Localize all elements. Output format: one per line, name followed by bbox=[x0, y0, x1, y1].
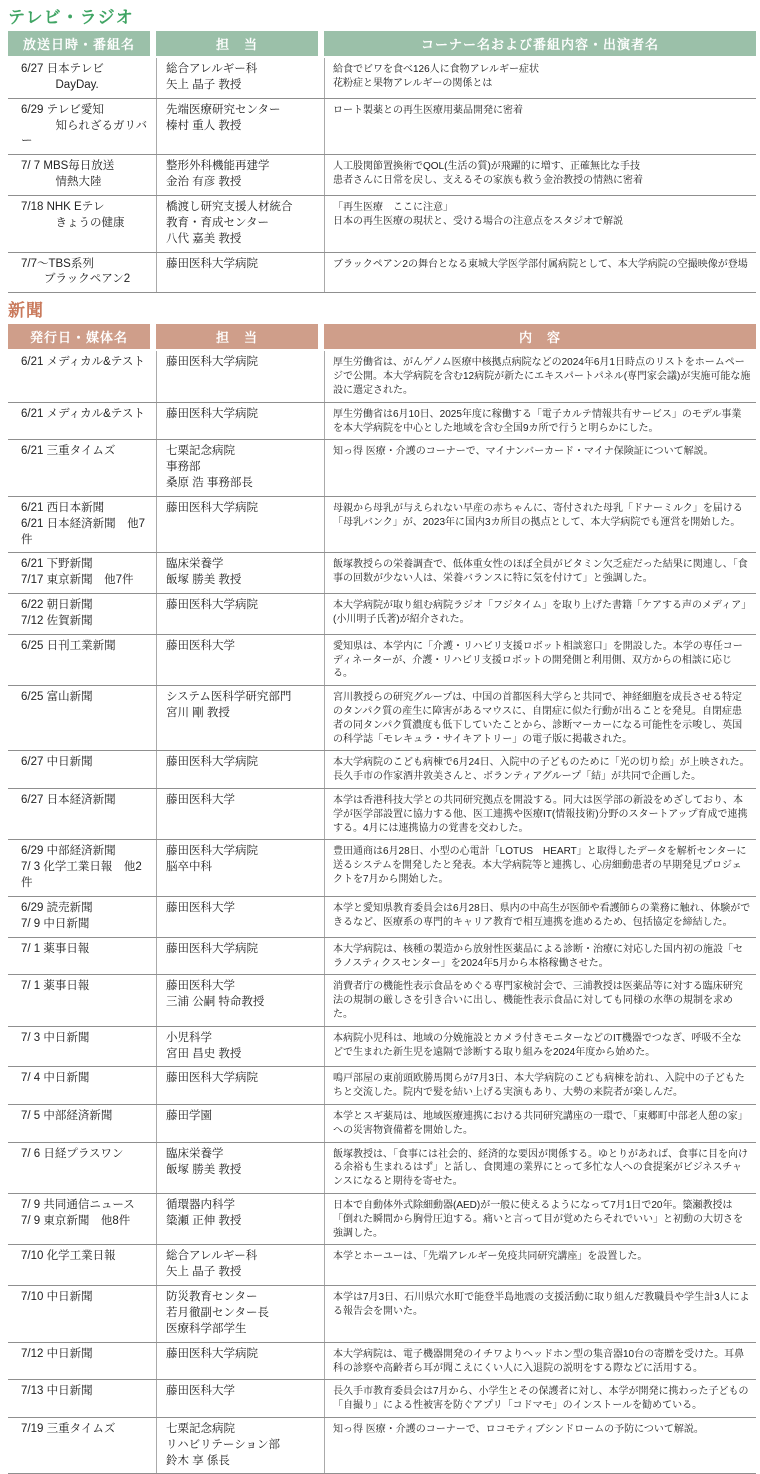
np-col-header-staff: 担 当 bbox=[156, 324, 318, 349]
media-cell: 6/21 メディカル&テスト bbox=[8, 403, 156, 440]
media-cell: 6/27 中日新聞 bbox=[8, 751, 156, 788]
media-cell: 6/29 中部経済新聞 7/ 3 化学工業日報 他2件 bbox=[8, 840, 156, 896]
staff-cell: 臨床栄養学 飯塚 勝美 教授 bbox=[156, 553, 324, 593]
table-row: 6/29 テレビ愛知 知られざるガリバー 先端医療研究センター 榛村 重人 教授… bbox=[8, 99, 756, 156]
media-cell: 6/21 下野新聞 7/17 東京新聞 他7件 bbox=[8, 553, 156, 593]
media-cell: 7/13 中日新聞 bbox=[8, 1380, 156, 1417]
media-cell: 7/ 1 薬事日報 bbox=[8, 938, 156, 975]
media-cell: 6/29 読売新聞 7/ 9 中日新聞 bbox=[8, 897, 156, 937]
content-cell: ロート製薬との再生医療用薬品開発に密着 bbox=[324, 99, 756, 155]
media-cell: 7/19 三重タイムズ bbox=[8, 1418, 156, 1474]
table-row: 7/ 7 MBS毎日放送 情熱大陸 整形外科機能再建学 金治 有彦 教授 人工股… bbox=[8, 155, 756, 196]
staff-cell: 七栗記念病院 リハビリテーション部 鈴木 享 係長 bbox=[156, 1418, 324, 1474]
media-cell: 7/ 9 共同通信ニュース 7/ 9 東京新聞 他8件 bbox=[8, 1194, 156, 1244]
table-row: 7/12 中日新聞 藤田医科大学病院 本大学病院は、電子機器開発のイチワよりヘッ… bbox=[8, 1343, 756, 1381]
media-cell: 7/18 NHK Eテレ きょうの健康 bbox=[8, 196, 156, 252]
media-cell: 7/10 中日新聞 bbox=[8, 1286, 156, 1342]
table-row: 7/ 5 中部経済新聞 藤田学園 本学とスギ薬局は、地域医療連携における共同研究… bbox=[8, 1105, 756, 1143]
content-cell: 日本で自動体外式除細動器(AED)が一般に使えるようになって7月1日で20年。簗… bbox=[324, 1194, 756, 1244]
content-cell: ブラックペアン2の舞台となる東城大学医学部付属病院として、本大学病院の空撮映像が… bbox=[324, 253, 756, 293]
table-row: 7/7〜TBS系列 ブラックペアン2 藤田医科大学病院 ブラックペアン2の舞台と… bbox=[8, 253, 756, 294]
table-row: 7/10 化学工業日報 総合アレルギー科 矢上 晶子 教授 本学とホーユーは、「… bbox=[8, 1245, 756, 1286]
staff-cell: 藤田医科大学病院 bbox=[156, 1067, 324, 1104]
table-row: 6/29 中部経済新聞 7/ 3 化学工業日報 他2件 藤田医科大学病院 脳卒中… bbox=[8, 840, 756, 897]
content-cell: 本学は7月3日、石川県穴水町で能登半島地震の支援活動に取り組んだ教職員や学生計3… bbox=[324, 1286, 756, 1342]
tv-col-header-broadcast: 放送日時・番組名 bbox=[8, 31, 150, 56]
table-row: 6/22 朝日新聞 7/12 佐賀新聞 藤田医科大学病院 本大学病院が取り組む病… bbox=[8, 594, 756, 635]
staff-cell: 藤田医科大学 bbox=[156, 897, 324, 937]
table-row: 7/18 NHK Eテレ きょうの健康 橋渡し研究支援人材統合 教育・育成センタ… bbox=[8, 196, 756, 253]
content-cell: 本学は香港科技大学との共同研究拠点を開設する。同大は医学部の新設をめざしており、… bbox=[324, 789, 756, 839]
staff-cell: 循環器内科学 簗瀬 正伸 教授 bbox=[156, 1194, 324, 1244]
staff-cell: 七栗記念病院 事務部 桑原 浩 事務部長 bbox=[156, 440, 324, 496]
staff-cell: 藤田医科大学病院 bbox=[156, 253, 324, 293]
table-row: 6/29 読売新聞 7/ 9 中日新聞 藤田医科大学 本学と愛知県教育委員会は6… bbox=[8, 897, 756, 938]
staff-cell: 防災教育センター 若月徹副センター長 医療科学部学生 bbox=[156, 1286, 324, 1342]
content-cell: 本病院小児科は、地域の分娩施設とカメラ付きモニターなどのIT機器でつなぎ、呼吸不… bbox=[324, 1027, 756, 1067]
newspaper-table: 6/21 メディカル&テスト 藤田医科大学病院 厚生労働省は、がんゲノム医療中核… bbox=[8, 351, 756, 1474]
media-cell: 7/10 化学工業日報 bbox=[8, 1245, 156, 1285]
content-cell: 本学とホーユーは、「先端アレルギー免疫共同研究講座」を設置した。 bbox=[324, 1245, 756, 1285]
staff-cell: 藤田医科大学 三浦 公嗣 特命教授 bbox=[156, 975, 324, 1025]
table-row: 6/21 下野新聞 7/17 東京新聞 他7件 臨床栄養学 飯塚 勝美 教授 飯… bbox=[8, 553, 756, 594]
media-cell: 6/25 富山新聞 bbox=[8, 686, 156, 750]
media-cell: 6/27 日本テレビ DayDay. bbox=[8, 58, 156, 98]
tv-col-header-staff: 担 当 bbox=[156, 31, 318, 56]
content-cell: 宮川教授らの研究グループは、中国の首都医科大学らと共同で、神経細胞を成長させる特… bbox=[324, 686, 756, 750]
table-row: 7/ 6 日経プラスワン 臨床栄養学 飯塚 勝美 教授 飯塚教授は、「食事には社… bbox=[8, 1143, 756, 1194]
staff-cell: 総合アレルギー科 矢上 晶子 教授 bbox=[156, 58, 324, 98]
content-cell: 知っ得 医療・介護のコーナーで、ロコモティブシンドロームの予防について解説。 bbox=[324, 1418, 756, 1474]
staff-cell: 藤田医科大学病院 bbox=[156, 594, 324, 634]
media-cell: 6/21 西日本新聞 6/21 日本経済新聞 他7件 bbox=[8, 497, 156, 553]
content-cell: 飯塚教授は、「食事には社会的、経済的な要因が関係する。ゆとりがあれば、食事に目を… bbox=[324, 1143, 756, 1193]
staff-cell: 藤田医科大学病院 bbox=[156, 403, 324, 440]
table-row: 7/ 4 中日新聞 藤田医科大学病院 鳴戸部屋の東前頭欧勝馬関らが7月3日、本大… bbox=[8, 1067, 756, 1105]
staff-cell: 藤田医科大学病院 bbox=[156, 1343, 324, 1380]
content-cell: 鳴戸部屋の東前頭欧勝馬関らが7月3日、本大学病院のこども病棟を訪れ、入院中の子ど… bbox=[324, 1067, 756, 1104]
staff-cell: 臨床栄養学 飯塚 勝美 教授 bbox=[156, 1143, 324, 1193]
content-cell: 愛知県は、本学内に「介護・リハビリ支援ロボット相談窓口」を開設した。本学の専任コ… bbox=[324, 635, 756, 685]
content-cell: 消費者庁の機能性表示食品をめぐる専門家検討会で、三浦教授は医薬品等に対する臨床研… bbox=[324, 975, 756, 1025]
table-row: 6/21 三重タイムズ 七栗記念病院 事務部 桑原 浩 事務部長 知っ得 医療・… bbox=[8, 440, 756, 497]
media-cell: 7/ 6 日経プラスワン bbox=[8, 1143, 156, 1193]
staff-cell: 藤田医科大学 bbox=[156, 1380, 324, 1417]
content-cell: 長久手市教育委員会は7月から、小学生とその保護者に対し、本学が開発に携わった子ど… bbox=[324, 1380, 756, 1417]
staff-cell: 藤田医科大学病院 脳卒中科 bbox=[156, 840, 324, 896]
media-cell: 7/ 3 中日新聞 bbox=[8, 1027, 156, 1067]
media-cell: 7/ 1 薬事日報 bbox=[8, 975, 156, 1025]
media-cell: 6/29 テレビ愛知 知られざるガリバー bbox=[8, 99, 156, 155]
content-cell: 本学と愛知県教育委員会は6月28日、県内の中高生が医師や看護師らの業務に触れ、体… bbox=[324, 897, 756, 937]
staff-cell: 藤田医科大学病院 bbox=[156, 751, 324, 788]
staff-cell: 藤田医科大学病院 bbox=[156, 351, 324, 401]
media-cell: 6/25 日刊工業新聞 bbox=[8, 635, 156, 685]
content-cell: 厚生労働省は6月10日、2025年度に稼働する「電子カルテ情報共有サービス」のモ… bbox=[324, 403, 756, 440]
content-cell: 本大学病院は、電子機器開発のイチワよりヘッドホン型の集音器10台の寄贈を受けた。… bbox=[324, 1343, 756, 1380]
media-cell: 7/ 7 MBS毎日放送 情熱大陸 bbox=[8, 155, 156, 195]
content-cell: 人工股関節置換術でQOL(生活の質)が飛躍的に増す、正確無比な手技 患者さんに日… bbox=[324, 155, 756, 195]
tv-col-header-content: コーナー名および番組内容・出演者名 bbox=[324, 31, 756, 56]
table-row: 7/ 9 共同通信ニュース 7/ 9 東京新聞 他8件 循環器内科学 簗瀬 正伸… bbox=[8, 1194, 756, 1245]
content-cell: 本大学病院のこども病棟で6月24日、入院中の子どものために「光の切り絵」が上映さ… bbox=[324, 751, 756, 788]
newspaper-table-header: 発行日・媒体名 担 当 内 容 bbox=[8, 324, 756, 349]
media-cell: 7/ 4 中日新聞 bbox=[8, 1067, 156, 1104]
staff-cell: 総合アレルギー科 矢上 晶子 教授 bbox=[156, 1245, 324, 1285]
table-row: 7/ 3 中日新聞 小児科学 宮田 昌史 教授 本病院小児科は、地域の分娩施設と… bbox=[8, 1027, 756, 1068]
staff-cell: 藤田医科大学 bbox=[156, 789, 324, 839]
table-row: 6/21 メディカル&テスト 藤田医科大学病院 厚生労働省は6月10日、2025… bbox=[8, 403, 756, 441]
media-cell: 6/21 メディカル&テスト bbox=[8, 351, 156, 401]
media-coverage-report: テレビ・ラジオ 放送日時・番組名 担 当 コーナー名および番組内容・出演者名 6… bbox=[8, 0, 756, 1474]
staff-cell: 小児科学 宮田 昌史 教授 bbox=[156, 1027, 324, 1067]
table-row: 7/10 中日新聞 防災教育センター 若月徹副センター長 医療科学部学生 本学は… bbox=[8, 1286, 756, 1343]
staff-cell: 橋渡し研究支援人材統合 教育・育成センター 八代 嘉美 教授 bbox=[156, 196, 324, 252]
content-cell: 豊田通商は6月28日、小型の心電計「LOTUS HEART」と取得したデータを解… bbox=[324, 840, 756, 896]
staff-cell: システム医科学研究部門 宮川 剛 教授 bbox=[156, 686, 324, 750]
content-cell: 本大学病院が取り組む病院ラジオ「フジタイム」を取り上げた書籍「ケアする声のメディ… bbox=[324, 594, 756, 634]
media-cell: 6/21 三重タイムズ bbox=[8, 440, 156, 496]
staff-cell: 藤田学園 bbox=[156, 1105, 324, 1142]
media-cell: 6/27 日本経済新聞 bbox=[8, 789, 156, 839]
table-row: 6/25 富山新聞 システム医科学研究部門 宮川 剛 教授 宮川教授らの研究グル… bbox=[8, 686, 756, 751]
content-cell: 本学とスギ薬局は、地域医療連携における共同研究講座の一環で、「東郷町中部老人憩の… bbox=[324, 1105, 756, 1142]
np-col-header-content: 内 容 bbox=[324, 324, 756, 349]
tv-table-header: 放送日時・番組名 担 当 コーナー名および番組内容・出演者名 bbox=[8, 31, 756, 56]
content-cell: 母親から母乳が与えられない早産の赤ちゃんに、寄付された母乳「ドナーミルク」を届け… bbox=[324, 497, 756, 553]
table-row: 7/ 1 薬事日報 藤田医科大学 三浦 公嗣 特命教授 消費者庁の機能性表示食品… bbox=[8, 975, 756, 1026]
staff-cell: 整形外科機能再建学 金治 有彦 教授 bbox=[156, 155, 324, 195]
media-cell: 6/22 朝日新聞 7/12 佐賀新聞 bbox=[8, 594, 156, 634]
table-row: 6/21 西日本新聞 6/21 日本経済新聞 他7件 藤田医科大学病院 母親から… bbox=[8, 497, 756, 554]
content-cell: 飯塚教授らの栄養調査で、低体重女性のほぼ全員がビタミン欠乏症だった結果に関連し、… bbox=[324, 553, 756, 593]
table-row: 7/13 中日新聞 藤田医科大学 長久手市教育委員会は7月から、小学生とその保護… bbox=[8, 1380, 756, 1418]
table-row: 7/ 1 薬事日報 藤田医科大学病院 本大学病院は、核種の製造から放射性医薬品に… bbox=[8, 938, 756, 976]
content-cell: 「再生医療 ここに注意」 日本の再生医療の現状と、受ける場合の注意点をスタジオで… bbox=[324, 196, 756, 252]
table-row: 6/27 日本経済新聞 藤田医科大学 本学は香港科技大学との共同研究拠点を開設す… bbox=[8, 789, 756, 840]
staff-cell: 藤田医科大学 bbox=[156, 635, 324, 685]
table-row: 6/21 メディカル&テスト 藤田医科大学病院 厚生労働省は、がんゲノム医療中核… bbox=[8, 351, 756, 402]
content-cell: 給食でビワを食べ126人に食物アレルギー症状 花粉症と果物アレルギーの関係とは bbox=[324, 58, 756, 98]
tv-table: 6/27 日本テレビ DayDay. 総合アレルギー科 矢上 晶子 教授 給食で… bbox=[8, 58, 756, 293]
media-cell: 7/12 中日新聞 bbox=[8, 1343, 156, 1380]
content-cell: 知っ得 医療・介護のコーナーで、マイナンバーカード・マイナ保険証について解説。 bbox=[324, 440, 756, 496]
staff-cell: 藤田医科大学病院 bbox=[156, 497, 324, 553]
media-cell: 7/7〜TBS系列 ブラックペアン2 bbox=[8, 253, 156, 293]
tv-radio-section-title: テレビ・ラジオ bbox=[8, 0, 756, 31]
newspaper-section-title: 新聞 bbox=[8, 293, 756, 324]
staff-cell: 先端医療研究センター 榛村 重人 教授 bbox=[156, 99, 324, 155]
content-cell: 本大学病院は、核種の製造から放射性医薬品による診断・治療に対応した国内初の施設「… bbox=[324, 938, 756, 975]
np-col-header-date-media: 発行日・媒体名 bbox=[8, 324, 150, 349]
content-cell: 厚生労働省は、がんゲノム医療中核拠点病院などの2024年6月1日時点のリストをホ… bbox=[324, 351, 756, 401]
table-row: 7/19 三重タイムズ 七栗記念病院 リハビリテーション部 鈴木 享 係長 知っ… bbox=[8, 1418, 756, 1474]
staff-cell: 藤田医科大学病院 bbox=[156, 938, 324, 975]
table-row: 6/25 日刊工業新聞 藤田医科大学 愛知県は、本学内に「介護・リハビリ支援ロボ… bbox=[8, 635, 756, 686]
table-row: 6/27 中日新聞 藤田医科大学病院 本大学病院のこども病棟で6月24日、入院中… bbox=[8, 751, 756, 789]
media-cell: 7/ 5 中部経済新聞 bbox=[8, 1105, 156, 1142]
table-row: 6/27 日本テレビ DayDay. 総合アレルギー科 矢上 晶子 教授 給食で… bbox=[8, 58, 756, 99]
